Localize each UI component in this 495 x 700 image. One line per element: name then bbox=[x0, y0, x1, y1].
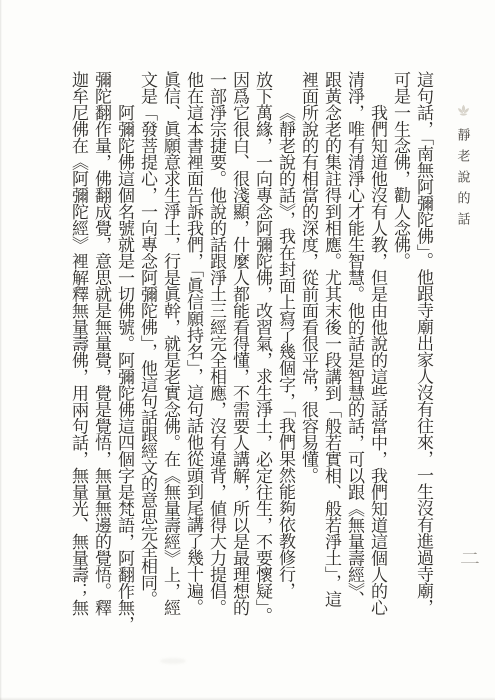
text-column: 《靜老說的話》，我在封面上寫了幾個字，「我們果然能夠依教修行， bbox=[274, 71, 297, 679]
text-column: 裡面所說的有相當的深度，從前面看很平常，很容易懂。 bbox=[297, 71, 320, 646]
book-title: 靜老說的話 bbox=[454, 128, 473, 233]
text-column: 這句話，「南無阿彌陀佛」。他跟寺廟出家人沒有往來，一生沒有進過寺廟， bbox=[412, 71, 435, 646]
text-column: 文是「發菩提心，一向專念阿彌陀佛」，他這句話跟經文的意思完全相同。 bbox=[136, 71, 159, 646]
page-number: 二 bbox=[460, 546, 480, 569]
text-column: 放下萬緣，一向專念阿彌陀佛，改習氣，求生淨土，必定往生，不要懷疑」。 bbox=[251, 71, 274, 646]
text-column: 一部淨宗捷要。他說的話跟淨土三經完全相應，沒有違背，値得大力提倡。 bbox=[205, 71, 228, 646]
text-column: 彌陀翻作量，佛翻成覺，意思就是無量覺，覺是覺悟，無量無邊的覺悟。釋 bbox=[90, 71, 113, 646]
book-page: 靜老說的話 二 這句話，「南無阿彌陀佛」。他跟寺廟出家人沒有往來，一生沒有進過寺… bbox=[0, 0, 495, 700]
text-column: 他在這本書裡面告訴我們，「眞信願持名」，這句話他從頭到尾講了幾十遍。 bbox=[182, 71, 205, 646]
text-column: 清淨，唯有清淨心才能生智慧。他的話是智慧的話，可以跟《無量壽經》、 bbox=[343, 71, 366, 646]
text-column: 我們知道他沒有人教，但是由他說的這些話當中，我們知道這個人的心 bbox=[366, 71, 389, 679]
running-header: 靜老說的話 bbox=[452, 103, 474, 233]
text-column: 跟黃念老的集註得到相應。尤其末後一段講到「般若實相、般若淨土」，這 bbox=[320, 71, 343, 646]
text-column: 阿彌陀佛這個名號就是一切佛號。阿彌陀佛這四個字是梵語，阿翻作無， bbox=[113, 71, 136, 679]
body-text: 這句話，「南無阿彌陀佛」。他跟寺廟出家人沒有往來，一生沒有進過寺廟， 可是一生念… bbox=[67, 71, 435, 646]
scan-smudge bbox=[160, 658, 186, 664]
text-column: 可是一生念佛，勸人念佛。 bbox=[389, 71, 412, 646]
scan-edge-left bbox=[0, 0, 2, 700]
lotus-icon bbox=[455, 103, 472, 120]
text-column: 迦牟尼佛在《阿彌陀經》裡解釋無量壽佛，用兩句話，無量光、無量壽；無 bbox=[67, 71, 90, 646]
text-column: 眞信、眞願意求生淨土，行是眞幹，就是老實念佛。在《無量壽經》上，經 bbox=[159, 71, 182, 646]
text-column: 因爲它很白、很淺顯，什麼人都能看得懂，不需要人講解，所以是最理想的 bbox=[228, 71, 251, 646]
